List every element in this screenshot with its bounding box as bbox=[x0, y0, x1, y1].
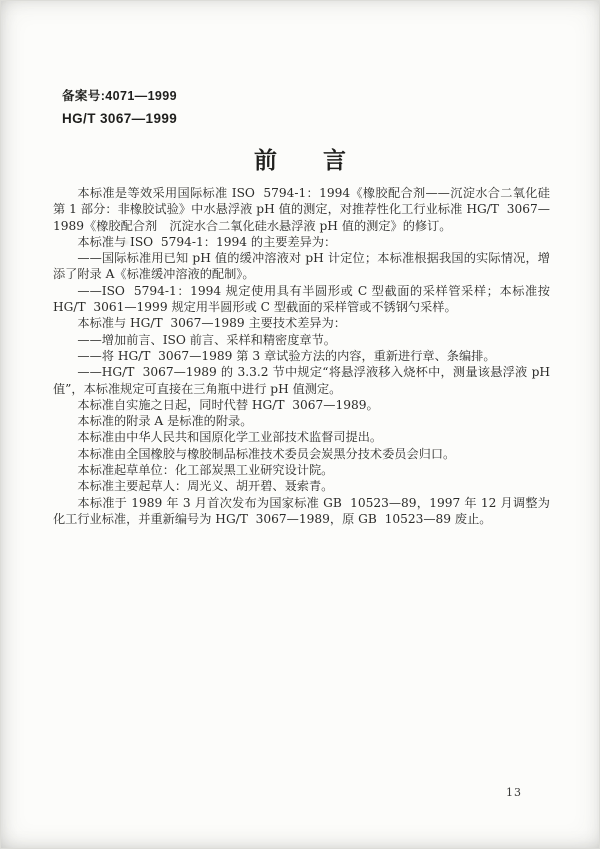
paragraph: 本标准自实施之日起，同时代替 HG/T 3067—1989。 bbox=[53, 397, 550, 413]
paragraph: 本标准主要起草人：周光义、胡开碧、聂索青。 bbox=[53, 478, 550, 494]
page-title: 前 言 bbox=[0, 142, 600, 175]
paragraph: ——将 HG/T 3067—1989 第 3 章试验方法的内容，重新进行章、条编… bbox=[53, 348, 550, 364]
paragraph: 本标准于 1989 年 3 月首次发布为国家标准 GB 10523—89，199… bbox=[53, 495, 550, 528]
scan-artifact bbox=[122, 240, 129, 245]
document-page: 备案号:4071—1999 HG/T 3067—1999 前 言 本标准是等效采… bbox=[0, 0, 600, 849]
paragraph: ——增加前言、ISO 前言、采样和精密度章节。 bbox=[53, 332, 550, 348]
paragraph: ——国际标准用已知 pH 值的缓冲溶液对 pH 计定位；本标准根据我国的实际情况… bbox=[53, 250, 550, 283]
paragraph: ——ISO 5794-1：1994 规定使用具有半圆形或 C 型截面的采样管采样… bbox=[53, 283, 550, 316]
paragraph: 本标准由中华人民共和国原化学工业部技术监督司提出。 bbox=[53, 429, 550, 445]
paragraph: 本标准是等效采用国际标准 ISO 5794-1：1994《橡胶配合剂——沉淀水合… bbox=[53, 185, 550, 234]
body-paragraphs: 本标准是等效采用国际标准 ISO 5794-1：1994《橡胶配合剂——沉淀水合… bbox=[53, 185, 550, 527]
paragraph: 本标准的附录 A 是标准的附录。 bbox=[53, 413, 550, 429]
page-number: 13 bbox=[506, 786, 522, 799]
paragraph: 本标准由全国橡胶与橡胶制品标准技术委员会炭黑分技术委员会归口。 bbox=[53, 446, 550, 462]
paragraph: ——HG/T 3067—1989 的 3.3.2 节中规定“将悬浮液移入烧杯中，… bbox=[53, 364, 550, 397]
paragraph: 本标准与 HG/T 3067—1989 主要技术差异为： bbox=[53, 315, 550, 331]
record-number: 备案号:4071—1999 bbox=[62, 86, 177, 104]
standard-number: HG/T 3067—1999 bbox=[62, 111, 177, 126]
paragraph: 本标准起草单位：化工部炭黑工业研究设计院。 bbox=[53, 462, 550, 478]
document-numbers: 备案号:4071—1999 HG/T 3067—1999 bbox=[62, 86, 177, 126]
